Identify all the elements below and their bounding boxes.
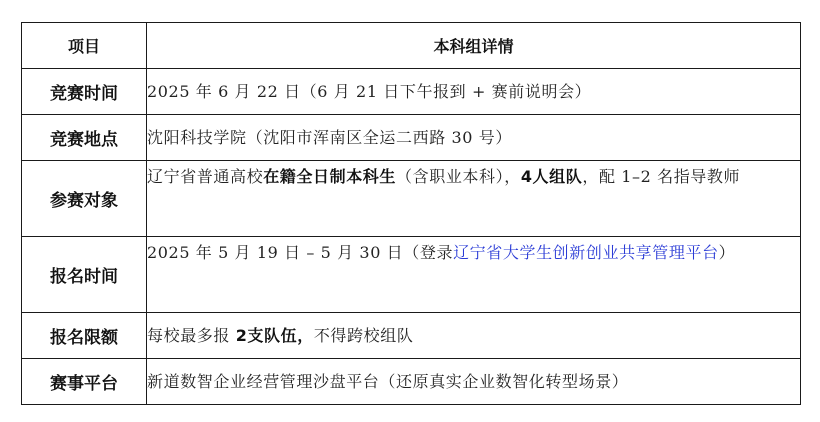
row-value: 2025 年 6 月 22 日（6 月 21 日下午报到 + 赛前说明会） xyxy=(147,69,801,115)
table-row-platform: 赛事平台 新道数智企业经营管理沙盘平台（还原真实企业数智化转型场景） xyxy=(22,359,801,405)
text-segment: 辽宁省普通高校 xyxy=(147,167,263,186)
row-label: 报名限额 xyxy=(22,313,147,359)
table-row-registration-time: 报名时间 2025 年 5 月 19 日 – 5 月 30 日（登录辽宁省大学生… xyxy=(22,237,801,313)
row-label: 竞赛地点 xyxy=(22,115,147,161)
emphasis-text: 2支队伍， xyxy=(236,326,314,345)
text-segment: ，配 1–2 名指导教师 xyxy=(582,167,740,186)
text-segment: ） xyxy=(719,243,736,262)
table-header-row: 项目 本科组详情 xyxy=(22,23,801,69)
table-row-registration-limit: 报名限额 每校最多报 2支队伍，不得跨校组队 xyxy=(22,313,801,359)
text-segment: 每校最多报 xyxy=(147,326,236,345)
header-detail: 本科组详情 xyxy=(147,23,801,69)
row-label: 参赛对象 xyxy=(22,161,147,237)
row-value: 沈阳科技学院（沈阳市浑南区全运二西路 30 号） xyxy=(147,115,801,161)
text-segment: （含职业本科）， xyxy=(396,167,521,186)
emphasis-text: 在籍全日制本科生 xyxy=(263,167,396,186)
header-item: 项目 xyxy=(22,23,147,69)
row-value: 新道数智企业经营管理沙盘平台（还原真实企业数智化转型场景） xyxy=(147,359,801,405)
table-row-competition-venue: 竞赛地点 沈阳科技学院（沈阳市浑南区全运二西路 30 号） xyxy=(22,115,801,161)
row-value: 辽宁省普通高校在籍全日制本科生（含职业本科），4人组队，配 1–2 名指导教师 xyxy=(147,161,801,237)
row-label: 赛事平台 xyxy=(22,359,147,405)
emphasis-text: 4人组队 xyxy=(521,167,583,186)
text-segment: 2025 年 5 月 19 日 – 5 月 30 日（登录 xyxy=(147,243,453,262)
row-label: 竞赛时间 xyxy=(22,69,147,115)
row-value: 2025 年 5 月 19 日 – 5 月 30 日（登录辽宁省大学生创新创业共… xyxy=(147,237,801,313)
table-row-participants: 参赛对象 辽宁省普通高校在籍全日制本科生（含职业本科），4人组队，配 1–2 名… xyxy=(22,161,801,237)
row-label: 报名时间 xyxy=(22,237,147,313)
competition-info-table: 项目 本科组详情 竞赛时间 2025 年 6 月 22 日（6 月 21 日下午… xyxy=(21,22,801,405)
text-segment: 不得跨校组队 xyxy=(314,326,414,345)
table-row-competition-time: 竞赛时间 2025 年 6 月 22 日（6 月 21 日下午报到 + 赛前说明… xyxy=(22,69,801,115)
platform-link[interactable]: 辽宁省大学生创新创业共享管理平台 xyxy=(453,243,719,262)
row-value: 每校最多报 2支队伍，不得跨校组队 xyxy=(147,313,801,359)
